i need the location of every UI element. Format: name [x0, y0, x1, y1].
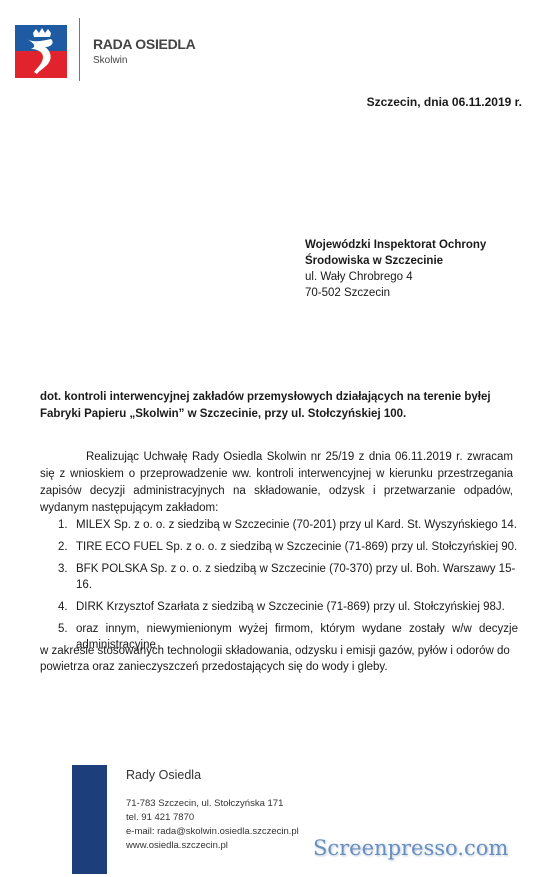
footer-phone: tel. 91 421 7870 — [126, 811, 299, 825]
footer-website: www.osiedla.szczecin.pl — [126, 839, 299, 853]
footer-color-bar — [72, 765, 107, 874]
recipient-line-3: ul. Wały Chrobrego 4 — [305, 269, 486, 285]
list-item: 2.TIRE ECO FUEL Sp. z o. o. z siedzibą w… — [58, 539, 518, 555]
list-item: 1.MILEX Sp. z o. o. z siedzibą w Szczeci… — [58, 517, 518, 533]
list-text: TIRE ECO FUEL Sp. z o. o. z siedzibą w S… — [76, 541, 517, 553]
subject-line: dot. kontroli interwencyjnej zakładów pr… — [40, 389, 530, 423]
list-item: 4.DIRK Krzysztof Szarłata z siedzibą w S… — [58, 599, 518, 615]
recipient-block: Wojewódzki Inspektorat Ochrony Środowisk… — [305, 237, 486, 301]
recipient-line-4: 70-502 Szczecin — [305, 285, 486, 301]
footer-title: Rady Osiedla — [126, 768, 201, 782]
date-line: Szczecin, dnia 06.11.2019 r. — [367, 95, 522, 109]
griffin-icon — [15, 25, 67, 78]
footer-contact: 71-783 Szczecin, ul. Stołczyńska 171 tel… — [126, 797, 299, 853]
list-text: MILEX Sp. z o. o. z siedzibą w Szczecini… — [76, 519, 517, 531]
footer-email: e-mail: rada@skolwin.osiedla.szczecin.pl — [126, 825, 299, 839]
recipient-line-2: Środowiska w Szczecinie — [305, 253, 486, 269]
recipient-line-1: Wojewódzki Inspektorat Ochrony — [305, 237, 486, 253]
list-text: BFK POLSKA Sp. z o. o. z siedzibą w Szcz… — [76, 563, 515, 591]
watermark: Screenpresso.com — [313, 836, 508, 860]
header-divider — [79, 18, 80, 81]
body-paragraph: Realizując Uchwałę Rady Osiedla Skolwin … — [40, 449, 513, 517]
list-item: 3.BFK POLSKA Sp. z o. o. z siedzibą w Sz… — [58, 561, 518, 593]
closing-paragraph: w zakresie stosowanych technologii skład… — [40, 643, 520, 675]
list-number: 5. — [58, 621, 68, 637]
logo — [15, 25, 67, 78]
org-subtitle: Skolwin — [93, 55, 127, 66]
footer-address: 71-783 Szczecin, ul. Stołczyńska 171 — [126, 797, 299, 811]
company-list: 1.MILEX Sp. z o. o. z siedzibą w Szczeci… — [58, 517, 518, 659]
list-number: 2. — [58, 539, 68, 555]
list-number: 3. — [58, 561, 68, 577]
org-name: RADA OSIEDLA — [93, 36, 195, 52]
list-text: DIRK Krzysztof Szarłata z siedzibą w Szc… — [76, 601, 505, 613]
list-number: 4. — [58, 599, 68, 615]
list-number: 1. — [58, 517, 68, 533]
